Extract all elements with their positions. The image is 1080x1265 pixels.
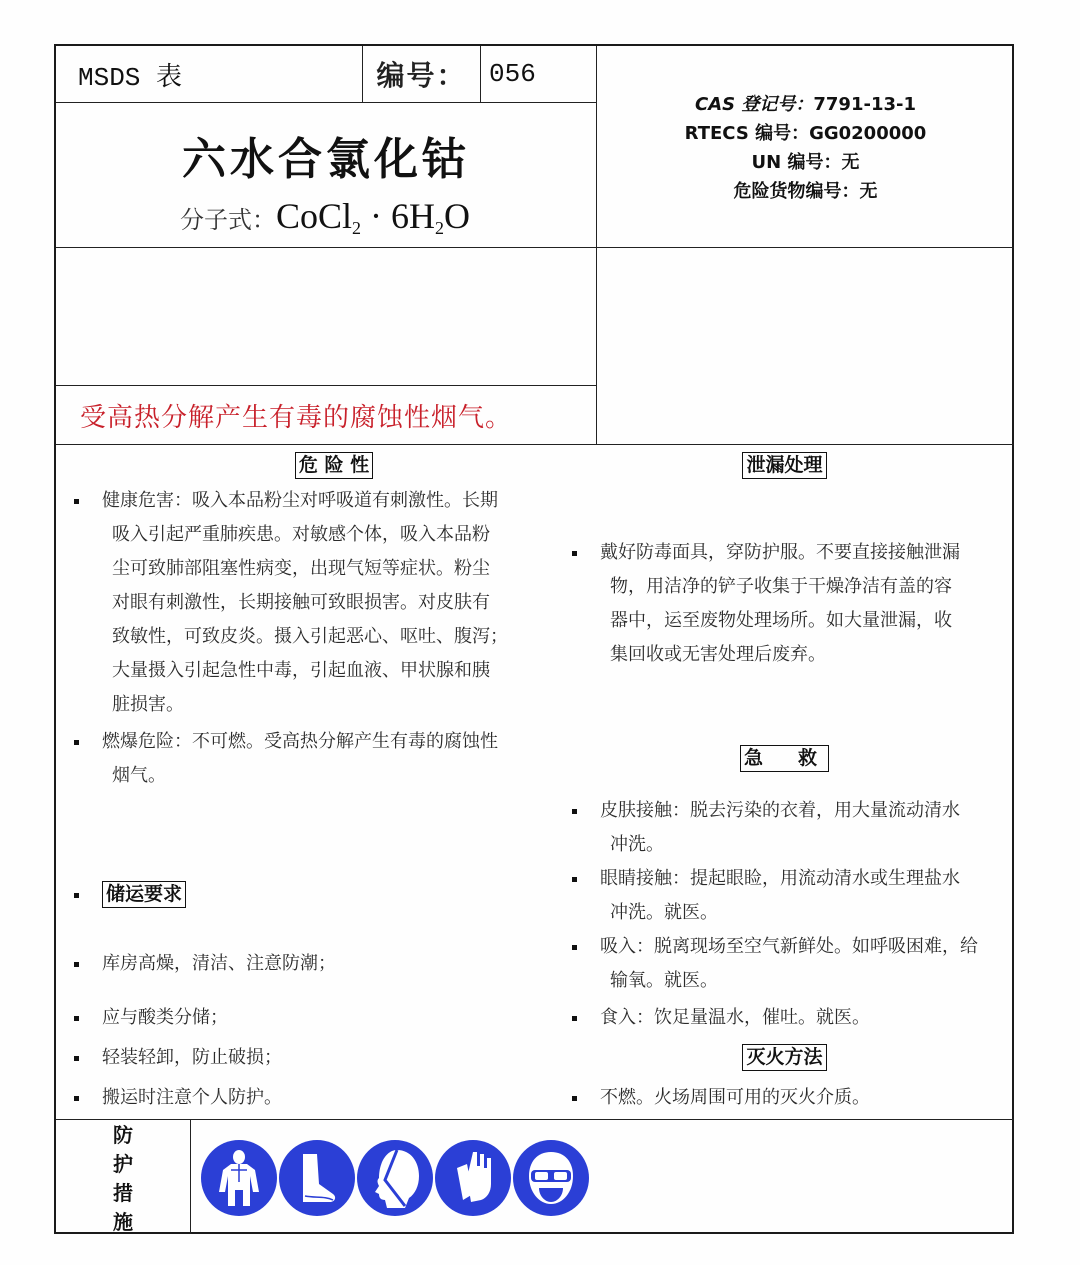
leak-title: 泄漏处理 [742, 452, 826, 479]
fire-item: 不燃。火场周围可用的灭火介质。 [572, 1081, 1012, 1115]
bullet-icon [74, 1056, 79, 1061]
bullet-icon [74, 962, 79, 967]
blank-cell-right [597, 248, 1014, 445]
hazard-item-health: 健康危害：吸入本品粉尘对呼吸道有刺激性。长期 吸入引起严重肺疾患。对敏感个体，吸… [74, 484, 554, 722]
warning-text: 受高热分解产生有毒的腐蚀性烟气。 [80, 397, 512, 434]
form-label-cell: MSDS 表 [56, 46, 363, 103]
storage-item: 应与酸类分储； [74, 1001, 554, 1035]
number-label-cell: 编号： [363, 46, 481, 103]
msds-sheet: MSDS 表 编号： 056 六水合氯化钴 分子式： CoCl2 · 6H2O … [54, 44, 1014, 1234]
first-aid-item-skin: 皮肤接触：脱去污染的衣着，用大量流动清水 冲洗。 [572, 794, 1012, 862]
face-shield-icon [357, 1140, 433, 1216]
first-aid-title: 急 救 [740, 745, 829, 772]
substance-name: 六水合氯化钴 [56, 123, 596, 187]
bullet-icon [572, 1096, 577, 1101]
storage-item: 轻装轻卸，防止破损； [74, 1041, 554, 1075]
protection-icons-cell [191, 1119, 1014, 1234]
molecular-formula: CoCl2 · 6H2O [276, 195, 470, 239]
bullet-icon [572, 877, 577, 882]
storage-title: 储运要求 [102, 881, 186, 908]
number-label: 编号： [376, 54, 466, 94]
storage-item: 搬运时注意个人防护。 [74, 1081, 554, 1115]
storage-item: 库房高燥，清洁、注意防潮； [74, 947, 554, 981]
protection-label: 防 护 措 施 [56, 1121, 190, 1237]
storage-heading: 储运要求 [74, 878, 374, 912]
bullet-icon [74, 499, 79, 504]
dangerous-goods-number: 危险货物编号：无 [597, 177, 1014, 206]
blank-cell-left [56, 248, 597, 386]
fire-title: 灭火方法 [742, 1044, 826, 1071]
first-aid-heading: 急 救 [612, 745, 957, 772]
first-aid-item-ingestion: 食入：饮足量温水，催吐。就医。 [572, 1001, 1012, 1035]
protective-gloves-icon [435, 1140, 511, 1216]
substance-title-cell: 六水合氯化钴 分子式： CoCl2 · 6H2O [56, 103, 597, 248]
number-value-cell: 056 [481, 46, 597, 103]
bullet-icon [74, 893, 79, 898]
first-aid-item-eye: 眼睛接触：提起眼睑，用流动清水或生理盐水 冲洗。就医。 [572, 862, 1012, 930]
protection-label-cell: 防 护 措 施 [56, 1119, 191, 1234]
bullet-icon [74, 1096, 79, 1101]
protective-suit-icon [201, 1140, 277, 1216]
identifiers-cell: CAS 登记号：7791-13-1 RTECS 编号：GG0200000 UN … [597, 46, 1014, 248]
hazards-title: 危 险 性 [295, 452, 373, 479]
leak-heading: 泄漏处理 [612, 452, 957, 479]
bullet-icon [74, 740, 79, 745]
formula-row: 分子式： CoCl2 · 6H2O [180, 195, 470, 239]
number-value: 056 [489, 59, 536, 89]
form-label: MSDS 表 [78, 56, 182, 93]
rtecs-number: RTECS 编号：GG0200000 [597, 119, 1014, 148]
bullet-icon [74, 1016, 79, 1021]
hazard-item-fire: 燃爆危险：不可燃。受高热分解产生有毒的腐蚀性 烟气。 [74, 725, 554, 793]
bullet-icon [572, 1016, 577, 1021]
fire-heading: 灭火方法 [612, 1044, 957, 1071]
warning-cell: 受高热分解产生有毒的腐蚀性烟气。 [56, 386, 597, 445]
formula-label: 分子式： [180, 200, 276, 235]
goggles-mask-icon [513, 1140, 589, 1216]
cas-number: CAS 登记号：7791-13-1 [597, 90, 1014, 119]
un-number: UN 编号：无 [597, 148, 1014, 177]
leak-item: 戴好防毒面具，穿防护服。不要直接接触泄漏 物，用洁净的铲子收集于干燥净洁有盖的容… [572, 536, 1012, 672]
bullet-icon [572, 945, 577, 950]
first-aid-item-inhalation: 吸入：脱离现场至空气新鲜处。如呼吸困难，给 输氧。就医。 [572, 930, 1017, 998]
hazards-heading: 危 险 性 [56, 452, 612, 479]
safety-boots-icon [279, 1140, 355, 1216]
bullet-icon [572, 809, 577, 814]
bullet-icon [572, 551, 577, 556]
